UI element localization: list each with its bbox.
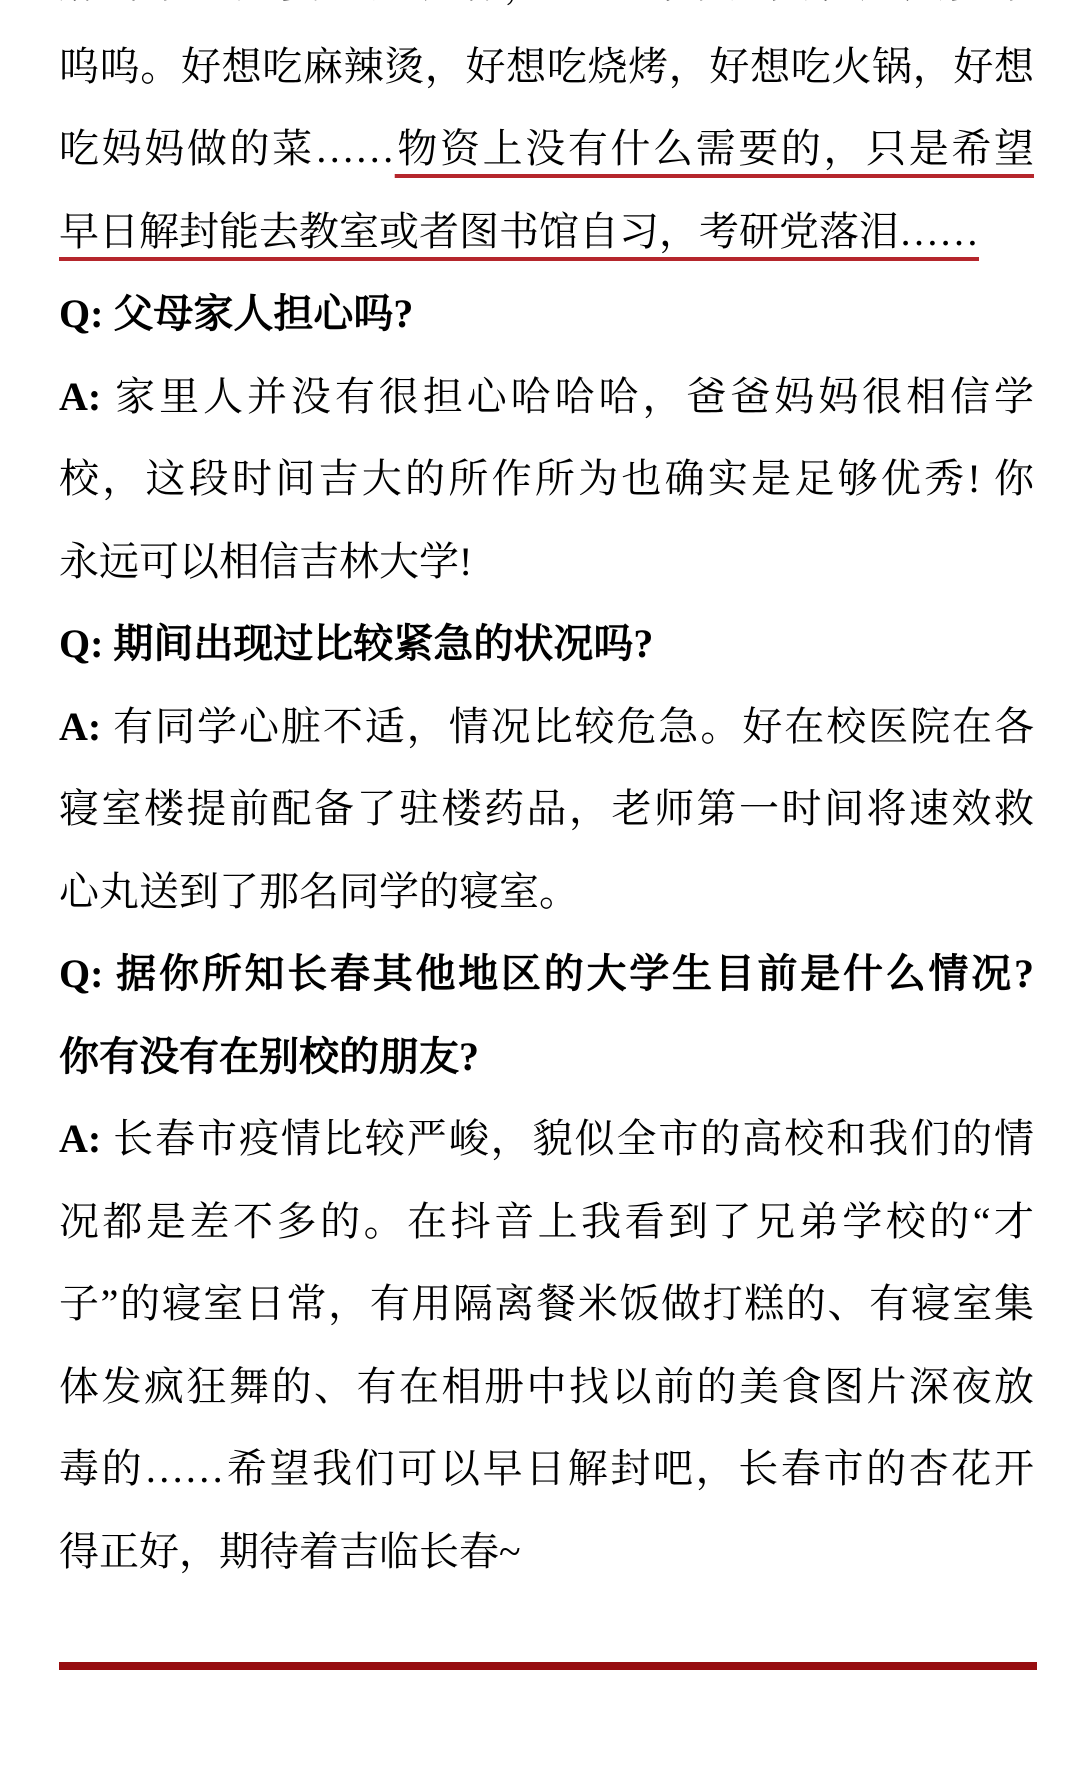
article-page: { "page": { "colors": { "background": "#… xyxy=(0,0,1080,1765)
text-segment: 家里人并没有很担心哈哈哈，爸爸妈妈很相信学 xyxy=(115,374,1034,419)
answer-line: 得正好，期待着吉临长春~ xyxy=(59,1511,1034,1594)
question-line: Q: 据你所知长春其他地区的大学生目前是什么情况? xyxy=(59,933,1034,1016)
answer-prefix: A: xyxy=(59,1116,113,1161)
text-segment: 子”的寝室日常，有用隔离餐米饭做打糕的、有寝室集 xyxy=(59,1281,1034,1326)
text-segment: 得正好，期待着吉临长春~ xyxy=(59,1529,521,1574)
text-segment: 有同学心脏不适，情况比较危急。好在校医院在各 xyxy=(113,704,1034,749)
text-segment: 况都是差不多的。在抖音上我看到了兄弟学校的“才 xyxy=(59,1199,1034,1244)
answer-prefix: A: xyxy=(59,704,113,749)
text-segment: 永远可以相信吉林大学! xyxy=(59,539,472,584)
text-segment: 你有没有在别校的朋友? xyxy=(59,1034,479,1079)
text-segment: 心丸送到了那名同学的寝室。 xyxy=(59,869,579,914)
answer-line: 体发疯狂舞的、有在相册中找以前的美食图片深夜放 xyxy=(59,1346,1034,1429)
answer-line: 况都是差不多的。在抖音上我看到了兄弟学校的“才 xyxy=(59,1181,1034,1264)
answer-prefix: A: xyxy=(59,374,115,419)
answer-line: A: 长春市疫情比较严峻，貌似全市的高校和我们的情 xyxy=(59,1098,1034,1181)
clipped-top-line: 解封了一定要吃遍长春，想吃的东西实在是太多了 xyxy=(59,0,1034,26)
answer-line: 校，这段时间吉大的所作所为也确实是足够优秀! 你 xyxy=(59,438,1034,521)
text-segment: 毒的……希望我们可以早日解封吧，长春市的杏花开 xyxy=(59,1446,1034,1491)
body-line: 吃妈妈做的菜……物资上没有什么需要的，只是希望 xyxy=(59,108,1034,191)
answer-line: 心丸送到了那名同学的寝室。 xyxy=(59,851,1034,934)
answer-line: 寝室楼提前配备了驻楼药品，老师第一时间将速效救 xyxy=(59,768,1034,851)
underlined-text: 早日解封能去教室或者图书馆自习，考研党落泪…… xyxy=(59,209,979,254)
article-text: 解封了一定要吃遍长春，想吃的东西实在是太多了呜呜。好想吃麻辣烫，好想吃烧烤，好想… xyxy=(59,0,1034,1593)
question-line: Q: 期间出现过比较紧急的状况吗? xyxy=(59,603,1034,686)
text-segment: Q: 父母家人担心吗? xyxy=(59,291,413,336)
text-segment: 吃妈妈做的菜…… xyxy=(59,126,395,171)
text-segment: 寝室楼提前配备了驻楼药品，老师第一时间将速效救 xyxy=(59,786,1034,831)
answer-line: 永远可以相信吉林大学! xyxy=(59,521,1034,604)
text-segment: 呜呜。好想吃麻辣烫，好想吃烧烤，好想吃火锅，好想 xyxy=(59,44,1034,89)
answer-line: 子”的寝室日常，有用隔离餐米饭做打糕的、有寝室集 xyxy=(59,1263,1034,1346)
body-line: 呜呜。好想吃麻辣烫，好想吃烧烤，好想吃火锅，好想 xyxy=(59,26,1034,109)
text-segment: 长春市疫情比较严峻，貌似全市的高校和我们的情 xyxy=(113,1116,1034,1161)
question-line: 你有没有在别校的朋友? xyxy=(59,1016,1034,1099)
answer-line: 毒的……希望我们可以早日解封吧，长春市的杏花开 xyxy=(59,1428,1034,1511)
answer-line: A: 有同学心脏不适，情况比较危急。好在校医院在各 xyxy=(59,686,1034,769)
text-segment: Q: 期间出现过比较紧急的状况吗? xyxy=(59,621,653,666)
body-line-underlined: 早日解封能去教室或者图书馆自习，考研党落泪…… xyxy=(59,191,1034,274)
text-segment: 校，这段时间吉大的所作所为也确实是足够优秀! 你 xyxy=(59,456,1034,501)
text-segment: Q: 据你所知长春其他地区的大学生目前是什么情况? xyxy=(59,951,1034,996)
underlined-text: 物资上没有什么需要的，只是希望 xyxy=(395,126,1034,171)
answer-line: A: 家里人并没有很担心哈哈哈，爸爸妈妈很相信学 xyxy=(59,356,1034,439)
question-line: Q: 父母家人担心吗? xyxy=(59,273,1034,356)
text-segment: 解封了一定要吃遍长春，想吃的东西实在是太多了 xyxy=(59,0,1034,6)
text-segment: 体发疯狂舞的、有在相册中找以前的美食图片深夜放 xyxy=(59,1364,1034,1409)
red-divider xyxy=(59,1662,1037,1670)
